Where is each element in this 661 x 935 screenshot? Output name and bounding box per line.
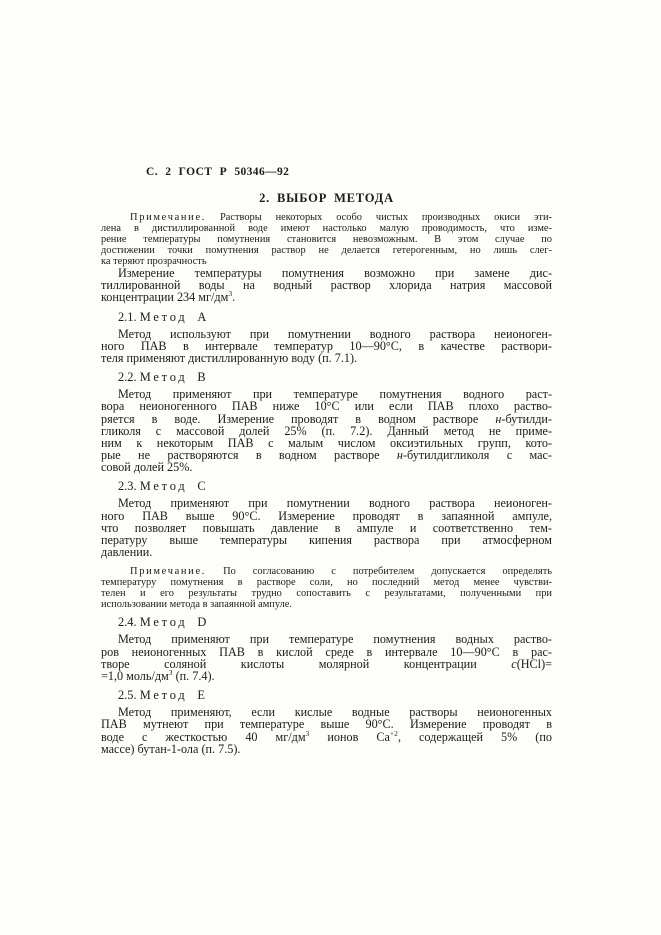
text-block: С. 2 ГОСТ Р 50346—92 2. ВЫБОР МЕТОДА При… bbox=[101, 0, 552, 756]
paragraph: Измерение температуры помутнения возможн… bbox=[101, 268, 552, 305]
text-line: телен и его результаты трудно сопоставит… bbox=[101, 588, 552, 599]
subheading-label: Метод B bbox=[140, 370, 209, 384]
subheading-number: 2.3. bbox=[118, 479, 140, 493]
text-line: лена в дистиллированной воде имеют насто… bbox=[101, 223, 552, 234]
paragraph: Метод используют при помутнении водного … bbox=[101, 329, 552, 366]
running-head: С. 2 ГОСТ Р 50346—92 bbox=[146, 166, 552, 178]
note-lead: Примечание. bbox=[130, 212, 206, 223]
paragraph: Метод применяют при температуре помутнен… bbox=[101, 634, 552, 683]
subheading-label: Метод A bbox=[140, 310, 209, 324]
text-line: концентрации 234 мг/дм3. bbox=[101, 292, 552, 304]
note-block: Примечание. По согласованию с потребител… bbox=[101, 566, 552, 610]
text-line: достижении точки помутнения раствор не д… bbox=[101, 245, 552, 256]
text-line: массе) бутан-1-ола (п. 7.5). bbox=[101, 744, 552, 756]
paragraph: Метод применяют, если кислые водные раст… bbox=[101, 707, 552, 756]
text-line: =1,0 моль/дм3 (п. 7.4). bbox=[101, 671, 552, 683]
subheading-22: 2.2. Метод B bbox=[118, 371, 552, 383]
text-line: пературу выше температуры кипения раство… bbox=[101, 535, 552, 547]
text-line: теля применяют дистиллированную воду (п.… bbox=[101, 353, 552, 365]
text-run: достижении точки помутнения раствор не д… bbox=[101, 245, 552, 256]
text-line: Примечание. По согласованию с потребител… bbox=[101, 566, 552, 577]
text-run: лена в дистиллированной воде имеют насто… bbox=[101, 223, 552, 234]
text-run: концентрации 234 мг/дм3. bbox=[101, 290, 235, 304]
text-run: пературу выше температуры кипения раство… bbox=[101, 533, 552, 547]
subheading-21: 2.1. Метод A bbox=[118, 311, 552, 323]
note-lead: Примечание. bbox=[130, 566, 206, 577]
text-run: По согласованию с потребителем допускает… bbox=[206, 566, 552, 577]
text-line: давлении. bbox=[101, 547, 552, 559]
subheading-23: 2.3. Метод C bbox=[118, 480, 552, 492]
subheading-25: 2.5. Метод E bbox=[118, 689, 552, 701]
document-page: С. 2 ГОСТ Р 50346—92 2. ВЫБОР МЕТОДА При… bbox=[0, 0, 661, 935]
subheading-number: 2.5. bbox=[118, 688, 140, 702]
subheading-number: 2.4. bbox=[118, 615, 140, 629]
paragraph: Метод применяют при температуре помутнен… bbox=[101, 389, 552, 474]
subheading-number: 2.2. bbox=[118, 370, 140, 384]
text-run: рение температуры помутнения становится … bbox=[101, 234, 552, 245]
text-run: давлении. bbox=[101, 545, 152, 559]
text-line: Примечание. Растворы некоторых особо чис… bbox=[101, 212, 552, 223]
subheading-number: 2.1. bbox=[118, 310, 140, 324]
subheading-label: Метод E bbox=[140, 688, 208, 702]
note-block: Примечание. Растворы некоторых особо чис… bbox=[101, 212, 552, 267]
paragraph: Метод применяют при помутнении водного р… bbox=[101, 498, 552, 559]
subheading-24: 2.4. Метод D bbox=[118, 616, 552, 628]
text-run: температуру помутнения в растворе соли, … bbox=[101, 577, 552, 588]
section-title: 2. ВЫБОР МЕТОДА bbox=[101, 192, 552, 205]
text-run: использовании метода в запаянной ампуле. bbox=[101, 599, 292, 610]
text-run: Растворы некоторых особо чистых производ… bbox=[206, 212, 552, 223]
subheading-label: Метод C bbox=[140, 479, 209, 493]
text-line: температуру помутнения в растворе соли, … bbox=[101, 577, 552, 588]
text-line: использовании метода в запаянной ампуле. bbox=[101, 599, 552, 610]
text-line: совой долей 25%. bbox=[101, 462, 552, 474]
text-run: телен и его результаты трудно сопоставит… bbox=[101, 588, 552, 599]
text-run: =1,0 моль/дм3 (п. 7.4). bbox=[101, 669, 215, 683]
subheading-label: Метод D bbox=[140, 615, 209, 629]
text-run: массе) бутан-1-ола (п. 7.5). bbox=[101, 742, 240, 756]
text-run: теля применяют дистиллированную воду (п.… bbox=[101, 351, 357, 365]
text-line: рение температуры помутнения становится … bbox=[101, 234, 552, 245]
text-run: совой долей 25%. bbox=[101, 460, 192, 474]
